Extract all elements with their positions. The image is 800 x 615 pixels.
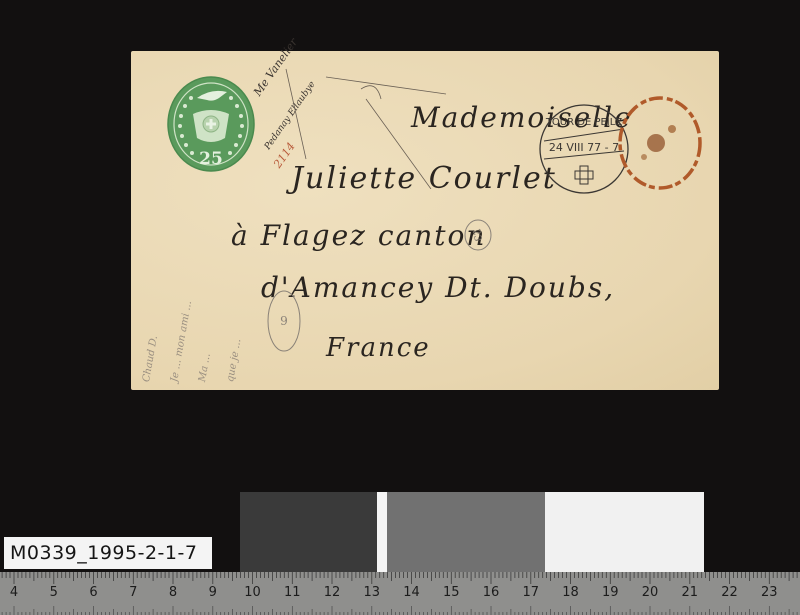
ruler-number: 17 xyxy=(522,585,539,600)
circled-pencil-number: 23 xyxy=(463,218,493,252)
ruler-number: 11 xyxy=(284,585,301,600)
ruler-number: 15 xyxy=(443,585,460,600)
ruler-number: 12 xyxy=(324,585,341,600)
address-line-3: à Flagez canton xyxy=(231,219,486,252)
ruler-number: 8 xyxy=(169,585,177,600)
ruler-number: 18 xyxy=(562,585,579,600)
ruler-number: 10 xyxy=(244,585,261,600)
patch-white xyxy=(545,492,704,572)
pencil-line-1: Chaud D. xyxy=(141,335,160,383)
svg-text:TOUR DE PEILZ: TOUR DE PEILZ xyxy=(545,117,622,128)
address-line-4: d'Amancey Dt. Doubs, xyxy=(261,271,615,304)
pencil-line-3: Ma ... xyxy=(197,353,213,383)
postcard: 25 Me Vanelier Pedanay Ellaubye 2114 Mad… xyxy=(131,51,719,390)
swiss-postal-stationery-stamp-icon: 25 xyxy=(167,76,255,172)
pencil-line-2: Je ... mon ami ... xyxy=(169,300,194,383)
patch-dark-gray xyxy=(240,492,377,572)
ruler-number: 16 xyxy=(483,585,500,600)
svg-text:25: 25 xyxy=(199,149,223,169)
address-line-2: Juliette Courlet xyxy=(291,161,557,196)
svg-text:24 VIII 77 - 7: 24 VIII 77 - 7 xyxy=(549,141,619,154)
ruler-number: 9 xyxy=(209,585,217,600)
ruler: 4567891011121314151617181920212223 xyxy=(0,572,800,615)
address-line-5: France xyxy=(326,333,431,363)
ruler-ticks xyxy=(0,572,800,615)
ruler-number: 13 xyxy=(363,585,380,600)
circled-pencil-mark: 9 xyxy=(264,279,304,369)
red-circular-postmark-icon xyxy=(614,93,706,193)
ruler-number: 22 xyxy=(721,585,738,600)
ruler-number: 7 xyxy=(129,585,137,600)
ruler-number: 14 xyxy=(403,585,420,600)
svg-text:23: 23 xyxy=(470,228,483,242)
catalogue-label: M0339_1995-2-1-7 xyxy=(4,537,212,569)
ruler-number: 4 xyxy=(10,585,18,600)
ruler-number: 21 xyxy=(681,585,698,600)
ruler-number: 5 xyxy=(50,585,58,600)
ruler-number: 6 xyxy=(89,585,97,600)
pencil-line-4: que je ... xyxy=(225,338,243,383)
ruler-number: 23 xyxy=(761,585,778,600)
svg-text:9: 9 xyxy=(280,314,288,328)
ruler-number: 20 xyxy=(642,585,659,600)
patch-mid-gray xyxy=(387,492,545,572)
ruler-number: 19 xyxy=(602,585,619,600)
patch-white-divider xyxy=(377,492,387,572)
